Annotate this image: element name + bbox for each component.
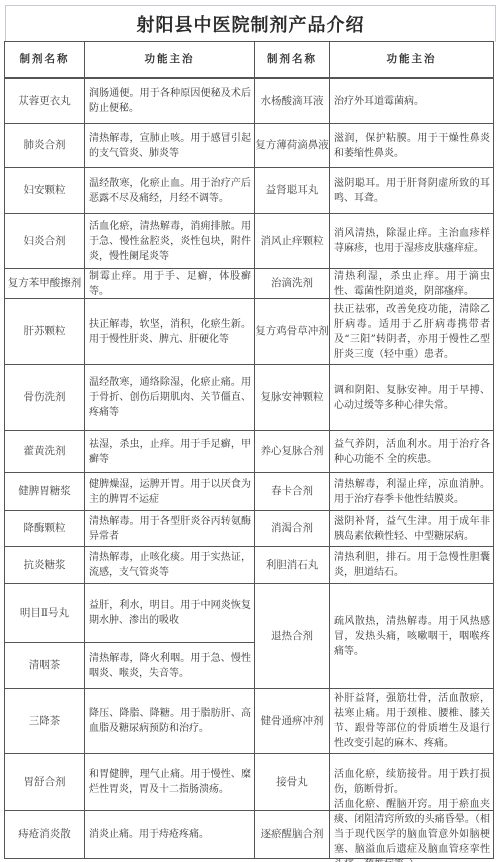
product-function: 和胃健脾，理气止痛。用于慢性、糜烂性胃炎，胃及十二指肠溃疡。: [84, 753, 255, 811]
product-function: 消炎止痛。用于痔疮疼痛。: [84, 810, 255, 859]
product-function: 温经散寒，化瘀止血。用于治疗产后恶露不尽及痛经，月经不调等。: [84, 167, 255, 214]
product-name: 肝苏颗粒: [4, 298, 85, 365]
product-function: 润肠通便。用于各种原因便秘及术后防止便秘。: [84, 78, 255, 124]
product-function: 清热解毒，止咳化痰。用于实热证，流感，支气管炎等: [84, 546, 255, 584]
product-name: 退热合剂: [254, 583, 330, 689]
product-function: 扶正解毒，软坚，消积，化瘀生新。用于慢性肝炎、脾亢、肝硬化等: [84, 298, 255, 365]
product-function: 活血化瘀、醒脑开窍。用于瘀血夹痰、闭阻清窍所致的头痛昏晕。（相当于现代医学的脑血…: [329, 810, 494, 859]
product-name: 水杨酸滴耳液: [254, 78, 330, 124]
product-name: 逐瘀醒脑合剂: [254, 810, 330, 859]
product-name: 消风止痒颗粒: [254, 213, 330, 269]
product-function: 祛湿，杀虫，止痒。用于手足癣，甲癣等: [84, 430, 255, 473]
product-function: 补肝益肾，强筋壮骨，活血散瘀，祛寒止痛。用于颈椎、腰椎、膝关节、跟骨等部位的骨质…: [329, 688, 494, 754]
product-name: 复脉安神颗粒: [254, 364, 330, 431]
product-name: 养心复脉合剂: [254, 430, 330, 473]
product-function: 益气养阴，活血利水。用于治疗各种心功能不 全的疾患。: [329, 430, 494, 473]
product-name: 复方薄荷滴鼻液: [254, 123, 330, 168]
header-name-right: 制剂名称: [254, 41, 330, 78]
product-name: 痔疮消炎散: [4, 810, 85, 859]
product-name: 胃舒合剂: [4, 753, 85, 811]
product-name: 明目Ⅱ号丸: [4, 583, 85, 643]
product-name: 利胆消石丸: [254, 546, 330, 584]
product-function: 扶正祛邪，改善免疫功能，清除乙肝病毒。适用于乙肝病毒携带者及“三阳”转阴者，亦用…: [329, 298, 494, 365]
product-function: 清热解毒，降火利咽。用于急、慢性咽炎、喉炎，失音等。: [84, 642, 255, 689]
header-func-left: 功能主治: [84, 41, 255, 78]
product-name: 妇炎合剂: [4, 213, 85, 269]
product-name: 消渴合剂: [254, 510, 330, 547]
product-name: 妇安颗粒: [4, 167, 85, 214]
product-function: 滋阴聪耳。用于肝肾阴虚所致的耳鸣、耳聋。: [329, 167, 494, 214]
product-name: 接骨丸: [254, 753, 330, 811]
product-name: 益肾聪耳丸: [254, 167, 330, 214]
product-function: 滋阴补肾，益气生津。用于成年非胰岛素依赖性轻、中型糖尿病。: [329, 510, 494, 547]
product-function: 清热利湿，杀虫止痒。用于滴虫性、霉菌性阴道炎，阴部瘙痒。: [329, 268, 494, 299]
product-name: 健骨通痹冲剂: [254, 688, 330, 754]
product-name: 清咽茶: [4, 642, 85, 689]
product-name: 复方鸡骨草冲剂: [254, 298, 330, 365]
product-name: 治滴洗剂: [254, 268, 330, 299]
product-name: 春卡合剂: [254, 472, 330, 511]
product-name: 苁蓉更衣丸: [4, 78, 85, 124]
product-function: 调和阴阳、复脉安神。用于早搏、心动过缓等多种心律失常。: [329, 364, 494, 431]
product-name: 抗炎糖浆: [4, 546, 85, 584]
product-function: 健脾燥湿，运脾开胃。用于以厌食为主的脾胃不运症: [84, 472, 255, 511]
product-function: 清热解毒，宣肺止咳。用于感冒引起的支气管炎、肺炎等: [84, 123, 255, 168]
product-function: 清热利胆，排石。用于急慢性胆囊炎，胆道结石。: [329, 546, 494, 584]
product-function: 清热解毒。用于各型肝炎谷丙转氨酶异常者: [84, 510, 255, 547]
header-name-left: 制剂名称: [4, 41, 85, 78]
product-name: 三降茶: [4, 688, 85, 754]
page-title: 射阳县中医院制剂产品介绍: [5, 5, 496, 42]
product-name: 健脾胃糖浆: [4, 472, 85, 511]
product-function: 益肝，利水，明目。用于中网炎恢复期水肿、渗出的吸收: [84, 583, 255, 643]
product-function: 消风清热，除湿止痒。主治血疹样荨麻疹，也用于湿疹皮肤瘙痒症。: [329, 213, 494, 269]
product-function: 治疗外耳道霉菌病。: [329, 78, 494, 124]
product-function: 降压、降脂、降糖。用于脂肪肝、高血脂及糖尿病预防和治疗。: [84, 688, 255, 754]
product-function: 活血化瘀，清热解毒，消痈排脓。用于急、慢性盆腔炎，炎性包块，附件炎，慢性阑尾炎等: [84, 213, 255, 269]
product-name: 肺炎合剂: [4, 123, 85, 168]
product-name: 降酶颗粒: [4, 510, 85, 547]
product-function: 制霉止痒。用于手、足癣，体股癣等。: [84, 268, 255, 299]
product-function: 滋润，保护粘膜。用于干燥性鼻炎和萎缩性鼻炎。: [329, 123, 494, 168]
product-table: 射阳县中医院制剂产品介绍 制剂名称 功能主治 制剂名称 功能主治 苁蓉更衣丸润肠…: [5, 5, 495, 858]
product-name: 骨伤洗剂: [4, 364, 85, 431]
product-function: 清热解毒，利湿止痒，凉血消肿。用于治疗春季卡他性结膜炎。: [329, 472, 494, 511]
header-func-right: 功能主治: [329, 41, 494, 78]
product-function: 疏风散热，清热解毒。用于风热感冒，发热头痛，咳嗽咽干，咽喉疼痛等。: [329, 583, 494, 689]
product-name: 藿黄洗剂: [4, 430, 85, 473]
product-function: 温经散寒，通络除湿，化瘀止痛。用于骨折、创伤后期肌肉、关节僵直、疼痛等: [84, 364, 255, 431]
product-name: 复方苯甲酸擦剂: [4, 268, 85, 299]
